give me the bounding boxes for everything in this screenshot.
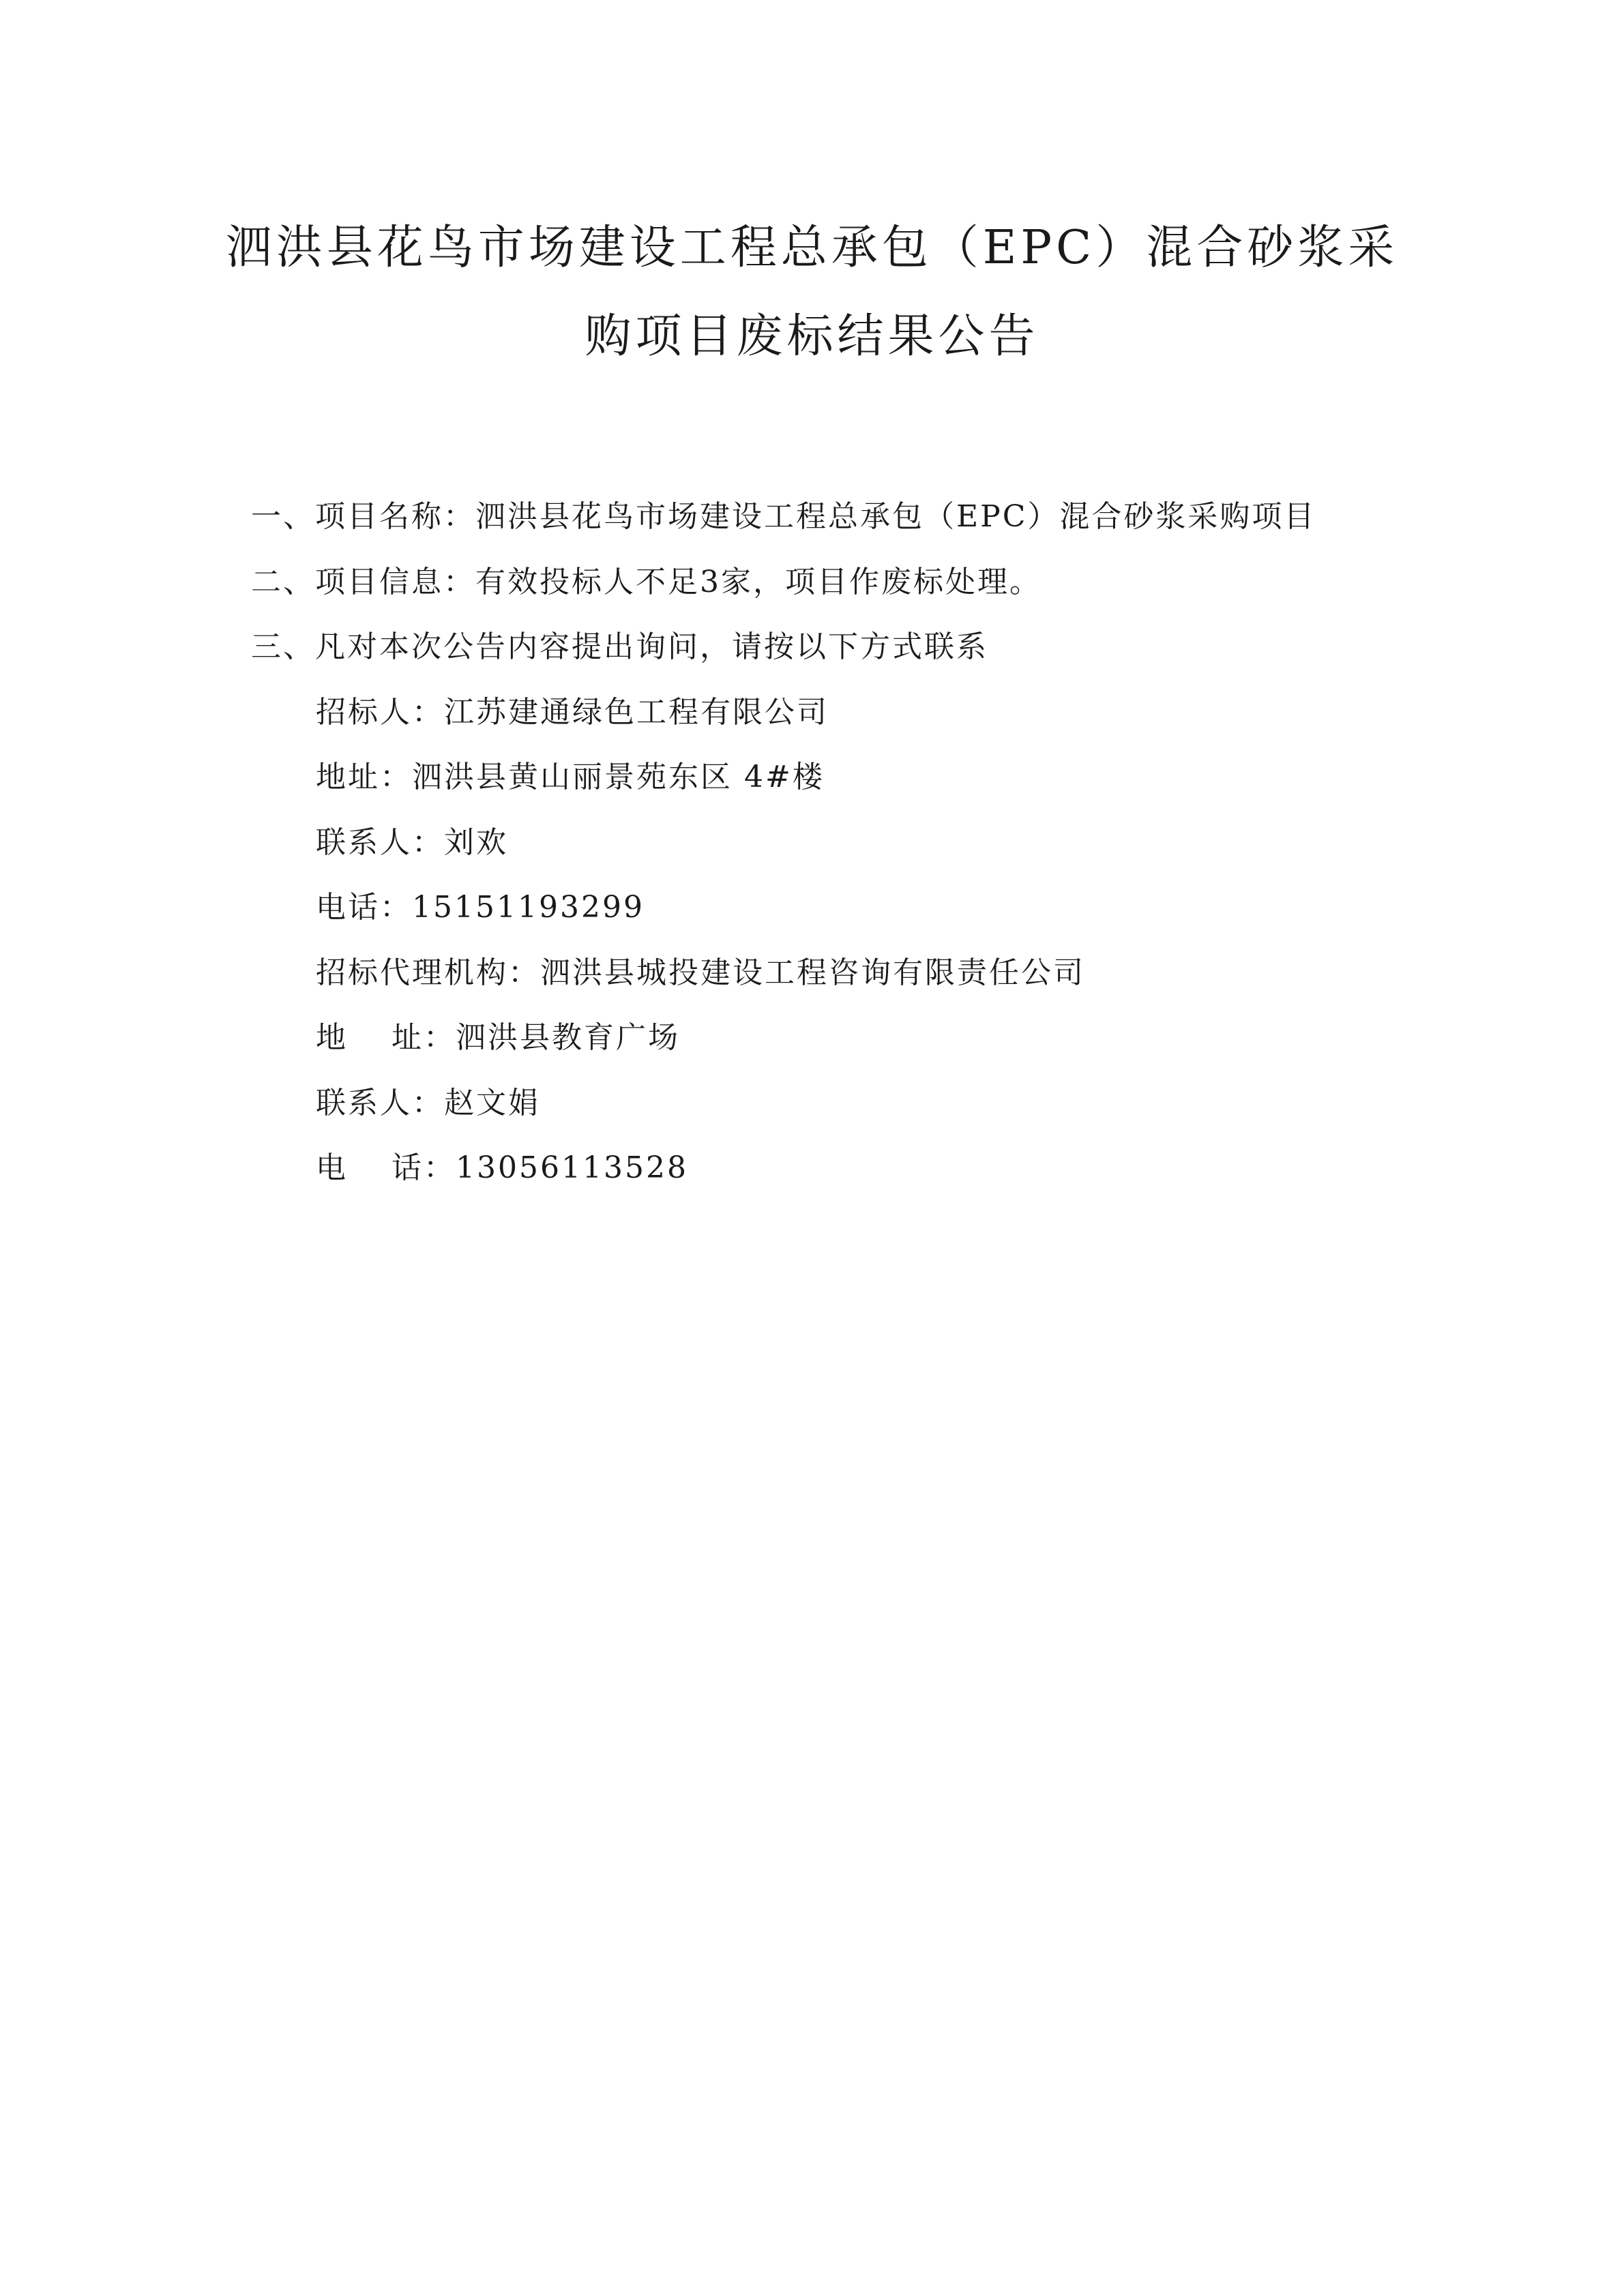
tenderer-name-label: 招标人： [316, 695, 444, 730]
page-title-line-2: 购项目废标结果公告 [0, 314, 1624, 360]
tenderer-phone: 电话：15151193299 [316, 893, 645, 923]
tenderer-phone-value: 15151193299 [412, 890, 645, 925]
section-project-name-label: 一、项目名称： [251, 499, 475, 534]
agency-contact-value: 赵文娟 [444, 1086, 540, 1120]
section-project-info-label: 二、项目信息： [251, 565, 475, 599]
section-contact-intro-label: 三、 [251, 629, 315, 664]
agency-contact: 联系人：赵文娟 [316, 1088, 540, 1118]
section-project-name-value: 泗洪县花鸟市场建设工程总承包（EPC）混合砂浆采购项目 [475, 499, 1316, 534]
agency-address-value: 泗洪县教育广场 [456, 1020, 680, 1055]
section-project-info-value: 有效投标人不足3家，项目作废标处理。 [475, 565, 1042, 599]
agency-name-label: 招标代理机构： [316, 955, 540, 990]
tenderer-contact-label: 联系人： [316, 825, 444, 860]
tenderer-address: 地址：泗洪县黄山丽景苑东区 4#楼 [316, 762, 825, 792]
agency-contact-label: 联系人： [316, 1086, 444, 1120]
agency-phone: 电 话：13056113528 [316, 1153, 688, 1183]
tenderer-name-value: 江苏建通绿色工程有限公司 [444, 695, 829, 730]
agency-address-label: 地 址： [316, 1020, 456, 1055]
agency-name-value: 泗洪县城投建设工程咨询有限责任公司 [540, 955, 1085, 990]
tenderer-phone-label: 电话： [316, 890, 412, 925]
section-contact-intro: 三、凡对本次公告内容提出询问，请按以下方式联系 [251, 632, 988, 662]
agency-phone-value: 13056113528 [456, 1150, 688, 1185]
section-contact-intro-value: 凡对本次公告内容提出询问，请按以下方式联系 [315, 629, 988, 664]
page-title-line-1: 泗洪县花鸟市场建设工程总承包（EPC）混合砂浆采 [0, 225, 1624, 271]
section-project-name: 一、项目名称：泗洪县花鸟市场建设工程总承包（EPC）混合砂浆采购项目 [251, 502, 1316, 532]
agency-address: 地 址：泗洪县教育广场 [316, 1023, 680, 1053]
agency-name: 招标代理机构：泗洪县城投建设工程咨询有限责任公司 [316, 958, 1085, 988]
tenderer-address-label: 地址： [316, 760, 412, 794]
tenderer-name: 招标人：江苏建通绿色工程有限公司 [316, 698, 829, 728]
tenderer-contact: 联系人：刘欢 [316, 828, 508, 858]
agency-phone-label: 电 话： [316, 1150, 456, 1185]
section-project-info: 二、项目信息：有效投标人不足3家，项目作废标处理。 [251, 567, 1042, 597]
tenderer-contact-value: 刘欢 [444, 825, 508, 860]
tenderer-address-value: 泗洪县黄山丽景苑东区 4#楼 [412, 760, 825, 794]
